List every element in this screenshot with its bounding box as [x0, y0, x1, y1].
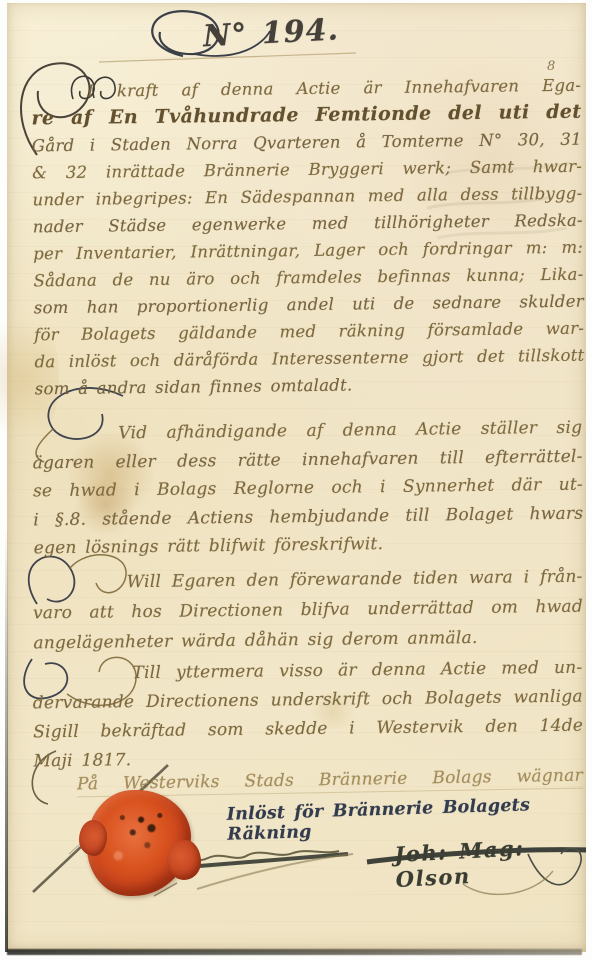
paragraph-2: Vid afhändigande af denna Actie ställer …: [32, 414, 584, 563]
paper-edge-shadow: [7, 949, 582, 955]
paragraph-3: Will Egaren den förewarande tiden wara i…: [32, 562, 583, 659]
signature-right: Joh: Mag: Olson: [394, 832, 587, 892]
wax-seal: [87, 790, 191, 896]
paragraph-1: I kraft af denna Actie är Innehafvaren E…: [31, 72, 585, 403]
paper-sheet: N° 194. 8 I kraft af denna Actie är Inne…: [7, 3, 586, 952]
certificate-number: N° 194.: [202, 11, 374, 55]
manuscript-line: som å andra sidan finnes omtaladt.: [35, 369, 585, 403]
scanned-document: N° 194. 8 I kraft af denna Actie är Inne…: [0, 0, 592, 960]
manuscript-line: egen lösnings rätt blifwit föreskrifwit.: [34, 528, 584, 563]
paragraph-4: Till yttermera visso är denna Actie med …: [32, 654, 583, 777]
manuscript-line: angelägenheter wärda dåhän sig derom anm…: [33, 622, 583, 659]
paper-edge-shadow: [5, 525, 8, 952]
